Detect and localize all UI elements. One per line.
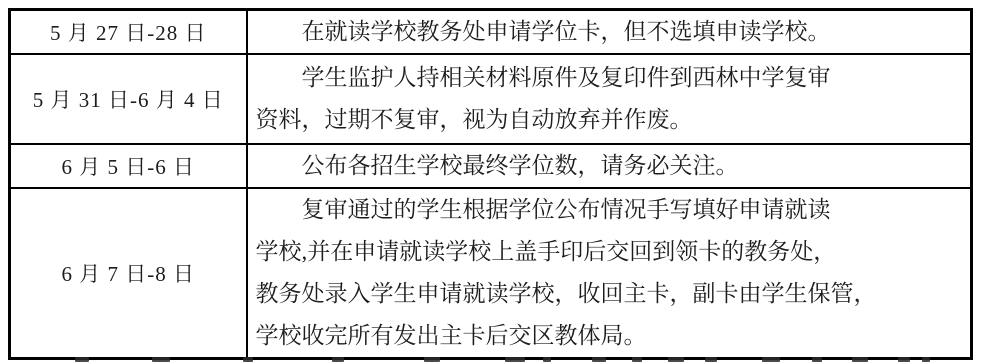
table-row: 6 月 5 日-6 日 公布各招生学校最终学位数，请务必关注。 [10,144,972,188]
content-cell: 学生监护人持相关材料原件及复印件到西林中学复审 资料，过期不复审，视为自动放弃并… [247,54,972,144]
date-cell: 5 月 31 日-6 月 4 日 [10,54,247,144]
content-cell: 复审通过的学生根据学位公布情况手写填好申请就读 学校,并在申请就读学校上盖手印后… [247,188,972,359]
content-line: 学校收完所有发出主卡后交区教体局。 [256,315,963,357]
table-row: 6 月 7 日-8 日 复审通过的学生根据学位公布情况手写填好申请就读 学校,并… [10,188,972,359]
content-line: 教务处录入学生申请就读学校，收回主卡，副卡由学生保管， [256,273,963,315]
date-text: 6 月 7 日-8 日 [62,262,196,286]
content-line: 学生监护人持相关材料原件及复印件到西林中学复审 [256,57,963,99]
content-line: 学校,并在申请就读学校上盖手印后交回到领卡的教务处， [256,231,963,273]
content-cell: 在就读学校教务处申请学位卡，但不选填申读学校。 [247,10,972,55]
date-text: 5 月 27 日-28 日 [50,21,207,45]
date-cell: 6 月 7 日-8 日 [10,188,247,359]
content-line: 资料，过期不复审，视为自动放弃并作废。 [256,99,963,141]
content-line: 公布各招生学校最终学位数，请务必关注。 [256,145,963,187]
table-row: 5 月 27 日-28 日 在就读学校教务处申请学位卡，但不选填申读学校。 [10,10,972,55]
schedule-table: 5 月 27 日-28 日 在就读学校教务处申请学位卡，但不选填申读学校。 5 … [8,8,973,360]
date-cell: 5 月 27 日-28 日 [10,10,247,55]
content-line: 复审通过的学生根据学位公布情况手写填好申请就读 [256,189,963,231]
content-cell: 公布各招生学校最终学位数，请务必关注。 [247,144,972,188]
date-cell: 6 月 5 日-6 日 [10,144,247,188]
date-text: 5 月 31 日-6 月 4 日 [33,88,224,112]
content-line: 在就读学校教务处申请学位卡，但不选填申读学校。 [256,11,963,53]
table-row: 5 月 31 日-6 月 4 日 学生监护人持相关材料原件及复印件到西林中学复审… [10,54,972,144]
date-text: 6 月 5 日-6 日 [62,155,196,179]
